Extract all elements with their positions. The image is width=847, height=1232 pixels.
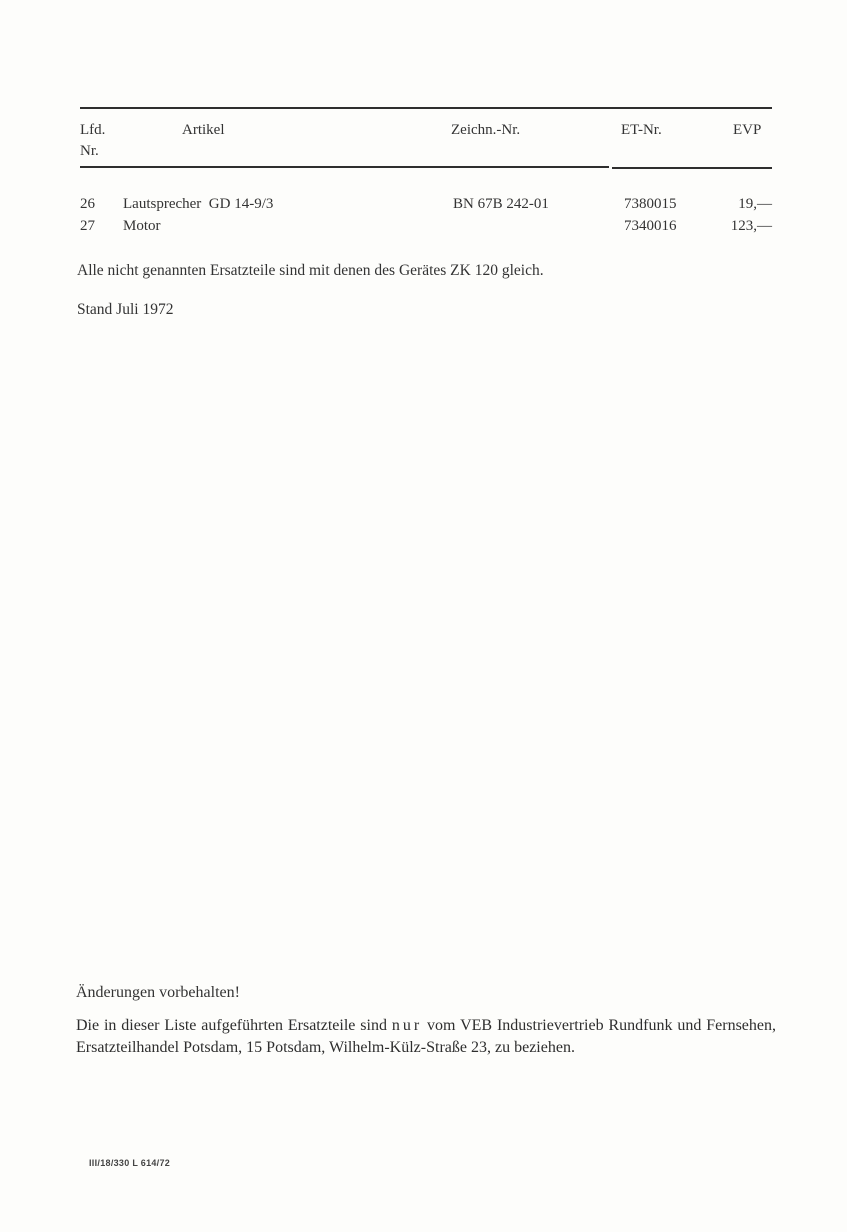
row-et-nr: 7380015 (624, 193, 677, 215)
header-evp: EVP (733, 120, 761, 140)
row-lfd-nr: 26 (80, 193, 95, 215)
row-et-nr: 7340016 (624, 215, 677, 237)
header-et-nr: ET-Nr. (621, 120, 662, 140)
remark-text: Alle nicht genannten Ersatzteile sind mi… (77, 262, 544, 280)
supply-text-part1: Die in dieser Liste aufgeführten Ersatzt… (76, 1017, 392, 1034)
row-artikel: Motor (123, 215, 161, 237)
table-header-rule-left (80, 166, 609, 168)
status-date: Stand Juli 1972 (77, 301, 173, 319)
document-page: Lfd. Nr. Artikel Zeichn.-Nr. ET-Nr. EVP … (0, 0, 847, 1232)
header-artikel: Artikel (182, 120, 225, 140)
supply-notice: Die in dieser Liste aufgeführten Ersatzt… (76, 1015, 776, 1059)
row-evp: 123,— (731, 215, 772, 237)
header-zeichn-nr: Zeichn.-Nr. (451, 120, 520, 140)
row-lfd-nr: 27 (80, 215, 95, 237)
header-lfd: Lfd. (80, 120, 105, 140)
row-evp: 19,— (738, 193, 772, 215)
row-artikel: Lautsprecher GD 14-9/3 (123, 193, 273, 215)
header-nr: Nr. (80, 141, 99, 161)
table-header-rule-right (612, 167, 772, 169)
table-top-rule (80, 107, 772, 109)
changes-reserved: Änderungen vorbehalten! (76, 984, 240, 1002)
row-zeichn-nr: BN 67B 242-01 (453, 193, 549, 215)
supply-text-emphasis: nur (392, 1017, 422, 1034)
printer-imprint: III/18/330 L 614/72 (89, 1158, 170, 1168)
